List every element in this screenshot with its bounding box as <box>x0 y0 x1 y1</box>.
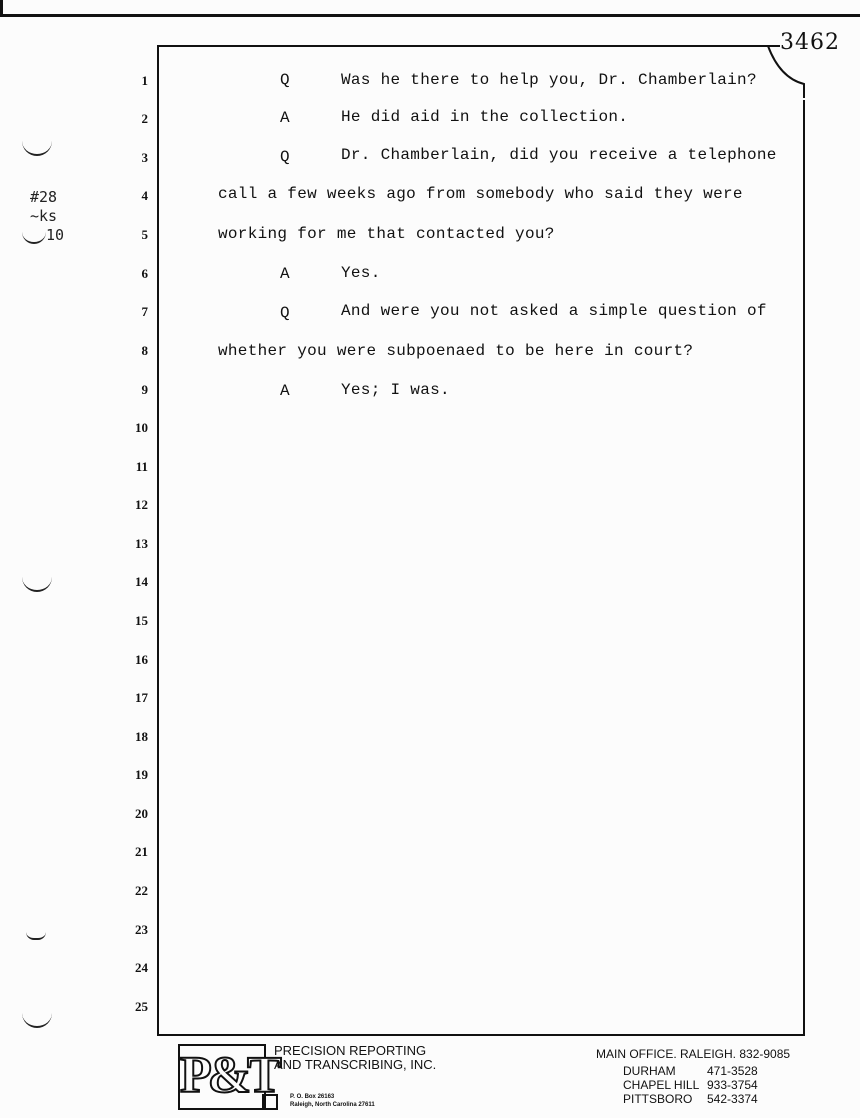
speaker-label: Q <box>280 148 290 166</box>
address-line2: Raleigh, North Carolina 27611 <box>290 1101 375 1109</box>
transcript-line: whether you were subpoenaed to be here i… <box>218 342 693 360</box>
office-phone: 933-3754 <box>707 1078 758 1092</box>
line-number: 11 <box>124 459 148 475</box>
staple-mark-icon <box>22 140 52 156</box>
transcript-line: working for me that contacted you? <box>218 225 555 243</box>
staple-mark-icon <box>22 228 46 244</box>
staple-mark-icon <box>22 576 52 592</box>
office-row: CHAPEL HILL 933-3754 <box>623 1078 790 1092</box>
transcript-line: Dr. Chamberlain, did you receive a telep… <box>341 146 777 164</box>
line-number: 16 <box>124 652 148 668</box>
line-number: 20 <box>124 806 148 822</box>
line-number: 18 <box>124 729 148 745</box>
line-number: 9 <box>124 382 148 398</box>
company-logo: P&T <box>178 1044 266 1110</box>
office-city: CHAPEL HILL <box>623 1078 707 1092</box>
line-number: 5 <box>124 227 148 243</box>
office-row: PITTSBORO 542-3374 <box>623 1092 790 1106</box>
line-number: 23 <box>124 922 148 938</box>
office-listing: MAIN OFFICE. RALEIGH. 832-9085 DURHAM 47… <box>596 1046 790 1106</box>
speaker-label: A <box>280 265 290 283</box>
line-number: 13 <box>124 536 148 552</box>
top-border <box>0 14 860 17</box>
office-city: DURHAM <box>623 1064 707 1078</box>
line-number: 19 <box>124 767 148 783</box>
margin-note-1: #28 <box>30 188 57 206</box>
line-number: 1 <box>124 73 148 89</box>
line-number: 17 <box>124 690 148 706</box>
line-number: 3 <box>124 150 148 166</box>
line-number: 24 <box>124 960 148 976</box>
speaker-label: A <box>280 109 290 127</box>
line-number: 10 <box>124 420 148 436</box>
line-number: 8 <box>124 343 148 359</box>
office-phone: 471-3528 <box>707 1064 758 1078</box>
staple-mark-icon <box>22 1012 52 1028</box>
address-line1: P. O. Box 26163 <box>290 1093 375 1101</box>
office-row: DURHAM 471-3528 <box>623 1064 790 1078</box>
transcript-line: He did aid in the collection. <box>341 108 628 126</box>
line-number: 21 <box>124 844 148 860</box>
staple-mark-icon <box>26 932 46 940</box>
line-number: 2 <box>124 111 148 127</box>
office-phone: 542-3374 <box>707 1092 758 1106</box>
logo-square-icon <box>262 1094 278 1110</box>
line-number: 12 <box>124 497 148 513</box>
margin-note-2: ~ks <box>30 207 57 225</box>
transcript-line: call a few weeks ago from somebody who s… <box>218 185 743 203</box>
line-number: 15 <box>124 613 148 629</box>
line-number: 6 <box>124 266 148 282</box>
margin-note-3: 10 <box>46 226 64 244</box>
company-name-line2: AND TRANSCRIBING, INC. <box>274 1058 436 1072</box>
main-office: MAIN OFFICE. RALEIGH. 832-9085 <box>596 1046 790 1062</box>
transcript-line: Was he there to help you, Dr. Chamberlai… <box>341 71 757 89</box>
transcript-line: And were you not asked a simple question… <box>341 302 767 320</box>
office-city: PITTSBORO <box>623 1092 707 1106</box>
speaker-label: A <box>280 382 290 400</box>
line-number: 4 <box>124 188 148 204</box>
speaker-label: Q <box>280 304 290 322</box>
line-number: 14 <box>124 574 148 590</box>
company-name: PRECISION REPORTING AND TRANSCRIBING, IN… <box>274 1044 436 1072</box>
line-number: 25 <box>124 999 148 1015</box>
line-number: 22 <box>124 883 148 899</box>
page-number: 3462 <box>780 30 840 55</box>
line-number: 7 <box>124 304 148 320</box>
transcript-line: Yes; I was. <box>341 381 450 399</box>
speaker-label: Q <box>280 71 290 89</box>
company-address: P. O. Box 26163 Raleigh, North Carolina … <box>290 1093 375 1109</box>
transcript-line: Yes. <box>341 264 381 282</box>
company-name-line1: PRECISION REPORTING <box>274 1044 436 1058</box>
